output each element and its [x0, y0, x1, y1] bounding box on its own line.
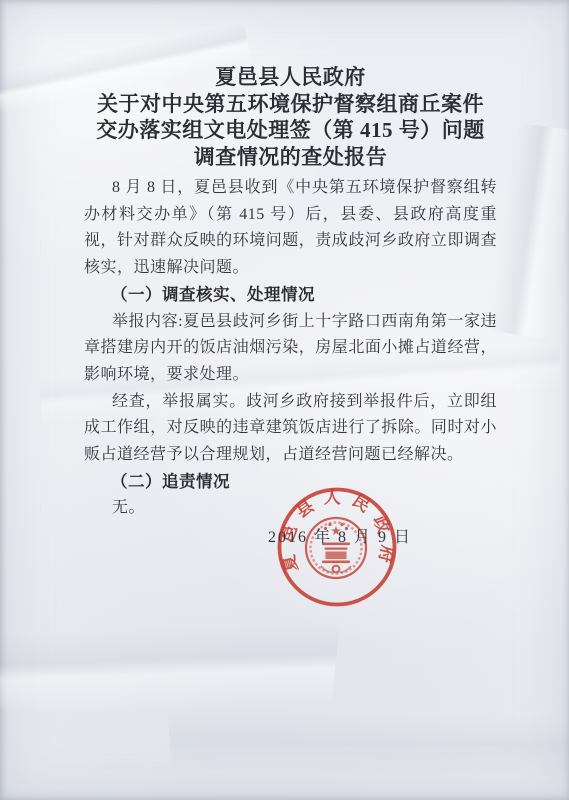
intro-paragraph: 8 月 8 日，夏邑县收到《中央第五环境保护督察组转办材料交办单》（第 415 … [84, 175, 497, 282]
title-line-4: 调查情况的查处报告 [84, 144, 497, 171]
title-line-1: 夏邑县人民政府 [84, 64, 497, 91]
document-content: 夏邑县人民政府 关于对中央第五环境保护督察组商丘案件 交办落实组文电处理签（第 … [84, 64, 497, 522]
date-stamp: 2016 年 8 月 9 日 [268, 524, 412, 547]
official-seal-graphic: 夏邑县人民政府 [277, 487, 397, 607]
scanned-document-page: 夏邑县人民政府 关于对中央第五环境保护督察组商丘案件 交办落实组文电处理签（第 … [0, 0, 569, 800]
title-line-2: 关于对中央第五环境保护督察组商丘案件 [84, 91, 497, 118]
report-content-paragraph: 举报内容:夏邑县歧河乡街上十字路口西南角第一家违章搭建房内开的饭店油烟污染，房屋… [84, 309, 497, 389]
title-line-3: 交办落实组文电处理签（第 415 号）问题 [84, 117, 497, 144]
official-seal: 夏邑县人民政府 [277, 487, 397, 607]
document-title: 夏邑县人民政府 关于对中央第五环境保护督察组商丘案件 交办落实组文电处理签（第 … [84, 64, 497, 170]
investigation-paragraph: 经查，举报属实。歧河乡政府接到举报件后，立即组成工作组，对反映的违章建筑饭店进行… [84, 389, 497, 469]
paper-crease [167, 675, 569, 800]
section-1-heading: （一）调查核实、处理情况 [84, 282, 497, 309]
